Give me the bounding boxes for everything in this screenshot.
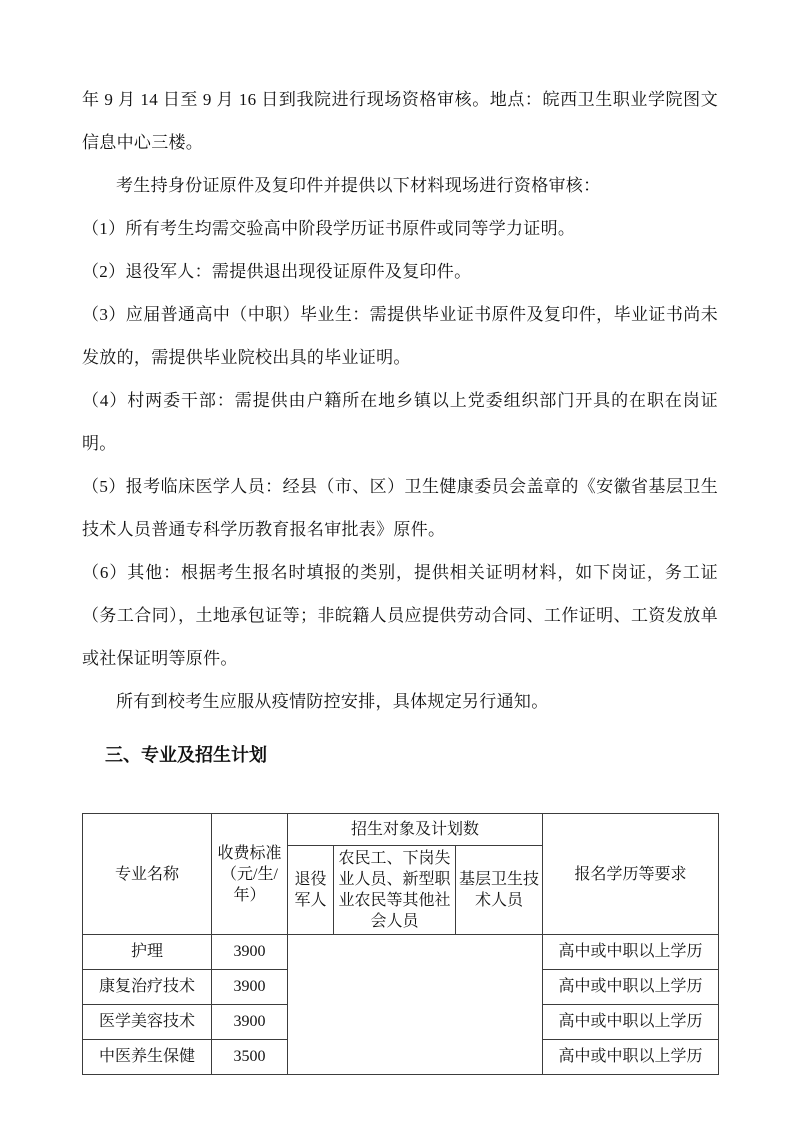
list-item-6: （6）其他：根据考生报名时填报的类别，提供相关证明材料，如下岗证，务工证（务工合…: [82, 551, 718, 680]
list-item-5: （5）报考临床医学人员：经县（市、区）卫生健康委员会盖章的《安徽省基层卫生技术人…: [82, 465, 718, 551]
col-header-requirement: 报名学历等要求: [543, 814, 719, 935]
cell-fee: 3900: [212, 1005, 288, 1040]
col-header-fee: 收费标准（元/生/年）: [212, 814, 288, 935]
cell-fee: 3900: [212, 970, 288, 1005]
col-header-veterans: 退役军人: [288, 846, 334, 935]
list-item-3: （3）应届普通高中（中职）毕业生：需提供毕业证书原件及复印件，毕业证书尚未发放的…: [82, 293, 718, 379]
section-heading: 三、专业及招生计划: [105, 737, 718, 773]
cell-major: 康复治疗技术: [83, 970, 212, 1005]
list-item-1: （1）所有考生均需交验高中阶段学历证书原件或同等学力证明。: [82, 207, 718, 250]
cell-requirement: 高中或中职以上学历: [543, 1040, 719, 1075]
list-item-4: （4）村两委干部：需提供由户籍所在地乡镇以上党委组织部门开具的在职在岗证明。: [82, 379, 718, 465]
table-row: 护理 3900 高中或中职以上学历: [83, 935, 719, 970]
document-page: 年 9 月 14 日至 9 月 16 日到我院进行现场资格审核。地点：皖西卫生职…: [0, 0, 793, 1122]
enrollment-plan-table: 专业名称 收费标准（元/生/年） 招生对象及计划数 报名学历等要求 退役军人 农…: [82, 813, 719, 1075]
col-header-major: 专业名称: [83, 814, 212, 935]
cell-requirement: 高中或中职以上学历: [543, 970, 719, 1005]
col-header-grassroots: 基层卫生技术人员: [456, 846, 543, 935]
cell-requirement: 高中或中职以上学历: [543, 1005, 719, 1040]
cell-fee: 3500: [212, 1040, 288, 1075]
cell-major: 医学美容技术: [83, 1005, 212, 1040]
cell-major: 护理: [83, 935, 212, 970]
list-item-2: （2）退役军人：需提供退出现役证原件及复印件。: [82, 250, 718, 293]
empty-plan-numbers-cell: [288, 935, 543, 1075]
paragraph-covid-note: 所有到校考生应服从疫情防控安排，具体规定另行通知。: [82, 680, 718, 723]
col-header-target-group: 招生对象及计划数: [288, 814, 543, 846]
paragraph-continuation: 年 9 月 14 日至 9 月 16 日到我院进行现场资格审核。地点：皖西卫生职…: [82, 78, 718, 164]
cell-major: 中医养生保健: [83, 1040, 212, 1075]
paragraph-intro: 考生持身份证原件及复印件并提供以下材料现场进行资格审核：: [82, 164, 718, 207]
cell-requirement: 高中或中职以上学历: [543, 935, 719, 970]
col-header-farmers: 农民工、下岗失业人员、新型职业农民等其他社会人员: [334, 846, 456, 935]
cell-fee: 3900: [212, 935, 288, 970]
